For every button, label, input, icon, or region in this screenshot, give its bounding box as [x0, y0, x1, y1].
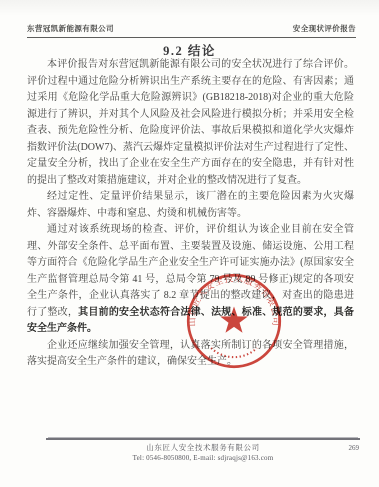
company-seal: 山东匠人安全技术服务有限公司 — [182, 269, 286, 373]
page-footer: 山东匠人安全技术服务有限公司 Tel: 0546-8050800, E-mail… — [46, 438, 360, 462]
footer-company: 山东匠人安全技术服务有限公司 — [46, 442, 360, 453]
paragraph-hazard-factors: 经过定性、定量评价结果显示，该厂潜在的主要危险因素为火灾爆炸、容器爆炸、中毒和窒… — [27, 189, 354, 222]
document-page: 东营冠凯新能源有限公司 安全现状评价报告 9.2 结论 本评价报告对东营冠凯新能… — [0, 0, 379, 487]
paragraph-evaluation-overview: 本评价报告对东营冠凯新能源有限公司的安全状况进行了综合评价。评价过程中通过危险分… — [27, 57, 354, 189]
header-report-title: 安全现状评价报告 — [293, 23, 356, 34]
star-icon — [220, 306, 248, 332]
seal-serial-dots-icon — [211, 348, 257, 357]
header-company: 东营冠凯新能源有限公司 — [27, 23, 114, 34]
page-header: 东营冠凯新能源有限公司 安全现状评价报告 — [27, 23, 356, 38]
footer-contact: Tel: 0546-8050800, E-mail: sdjraqjs@163.… — [46, 454, 360, 462]
page-number: 269 — [349, 444, 360, 452]
